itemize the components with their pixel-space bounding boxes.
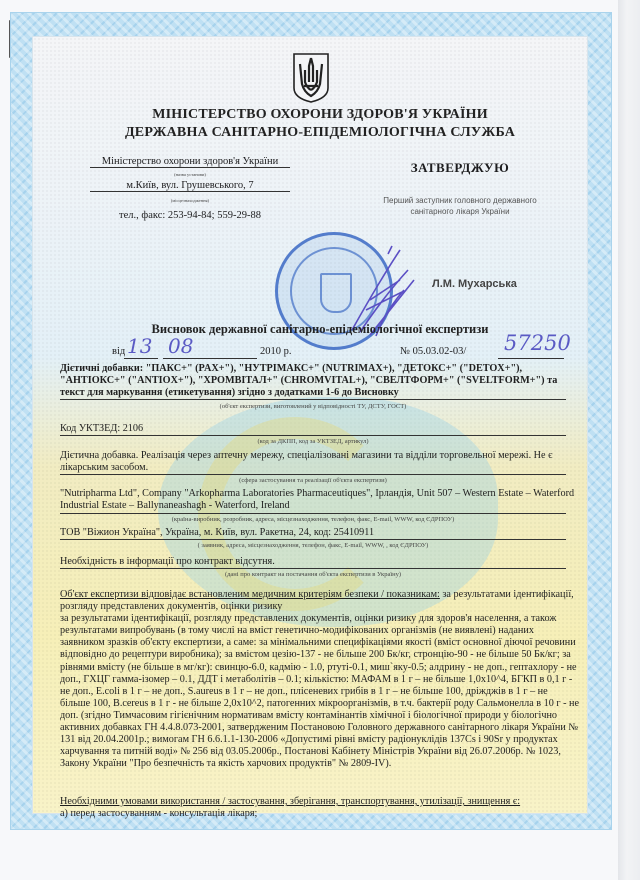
manufacturer-caption: (країна-виробник, розробник, адреса, міс… [60, 516, 566, 523]
page-edge [618, 0, 640, 880]
divider [60, 435, 566, 436]
applicant: ТОВ "Віжион Україна", Україна, м. Київ, … [60, 527, 580, 539]
coat-of-arms-icon [292, 52, 330, 104]
manufacturer: "Nutripharma Ltd", Company "Arkopharma L… [60, 488, 580, 512]
divider [60, 399, 566, 400]
scope-of-use-caption: (сфера застосування та реалізації об'єкт… [60, 477, 566, 484]
divider [60, 568, 566, 569]
usage-conditions-heading: Необхідними умовами використання / засто… [60, 796, 580, 808]
expertise-object: Дієтичні добавки: "ПАКС+" (PAX+"), "НУТР… [60, 363, 580, 399]
date-prefix: від [112, 346, 125, 357]
date-day-handwritten: 13 [127, 334, 152, 358]
safety-criteria-body: за результатами ідентифікації, розгляду … [60, 613, 579, 769]
approver-title-line2: санітарного лікаря України [360, 207, 560, 218]
document-number-prefix: № 05.03.02-03/ [400, 346, 466, 357]
institution-name: Міністерство охорони здоров'я України [90, 156, 290, 168]
date-month-handwritten: 08 [168, 334, 193, 358]
product-code-caption: (код за ДКПП, код за УКТЗЕД, артикул) [60, 438, 566, 445]
divider [60, 539, 566, 540]
institution-phone: тел., факс: 253-94-84; 559-29-88 [90, 210, 290, 221]
applicant-caption: ( заявник, адреса, місцезнаходження, тел… [60, 542, 566, 549]
date-day-line [124, 358, 158, 359]
approver-title-line1: Перший заступник головного державного [360, 196, 560, 207]
document-number-line [498, 358, 564, 359]
product-code: Код УКТЗЕД: 2106 [60, 423, 580, 435]
approver-title: Перший заступник головного державного са… [360, 196, 560, 217]
date-month-line [163, 358, 257, 359]
contract-info: Необхідність в інформації про контракт в… [60, 556, 580, 568]
ministry-name: МІНІСТЕРСТВО ОХОРОНИ ЗДОРОВ'Я УКРАЇНИ [0, 107, 640, 123]
document-page: МІНІСТЕРСТВО ОХОРОНИ ЗДОРОВ'Я УКРАЇНИ ДЕ… [0, 0, 618, 880]
safety-criteria-section: Об'єкт експертизи відповідає встановлени… [60, 589, 580, 770]
scope-of-use: Дієтична добавка. Реалізація через аптеч… [60, 450, 580, 474]
safety-criteria-heading: Об'єкт експертизи відповідає встановлени… [60, 589, 440, 600]
divider [60, 474, 566, 475]
institution-name-caption: (назва установи) [90, 172, 290, 177]
divider [60, 513, 566, 514]
contract-info-caption: (дані про контракт на постачання об'єкта… [60, 571, 566, 578]
date-year: 2010 р. [260, 346, 292, 357]
institution-address: м.Київ, вул. Грушевського, 7 [90, 180, 290, 192]
institution-address-caption: (місцезнаходження) [90, 198, 290, 203]
document-number-handwritten: 57250 [504, 331, 571, 355]
usage-condition-item: а) перед застосуванням - консультація лі… [60, 808, 580, 820]
service-name: ДЕРЖАВНА САНІТАРНО-ЕПІДЕМІОЛОГІЧНА СЛУЖБ… [0, 125, 640, 141]
approval-heading: ЗАТВЕРДЖУЮ [370, 160, 550, 176]
approver-name: Л.М. Мухарська [432, 278, 517, 290]
expertise-object-caption: (об'єкт експертизи, виготовлений у відпо… [60, 403, 566, 410]
